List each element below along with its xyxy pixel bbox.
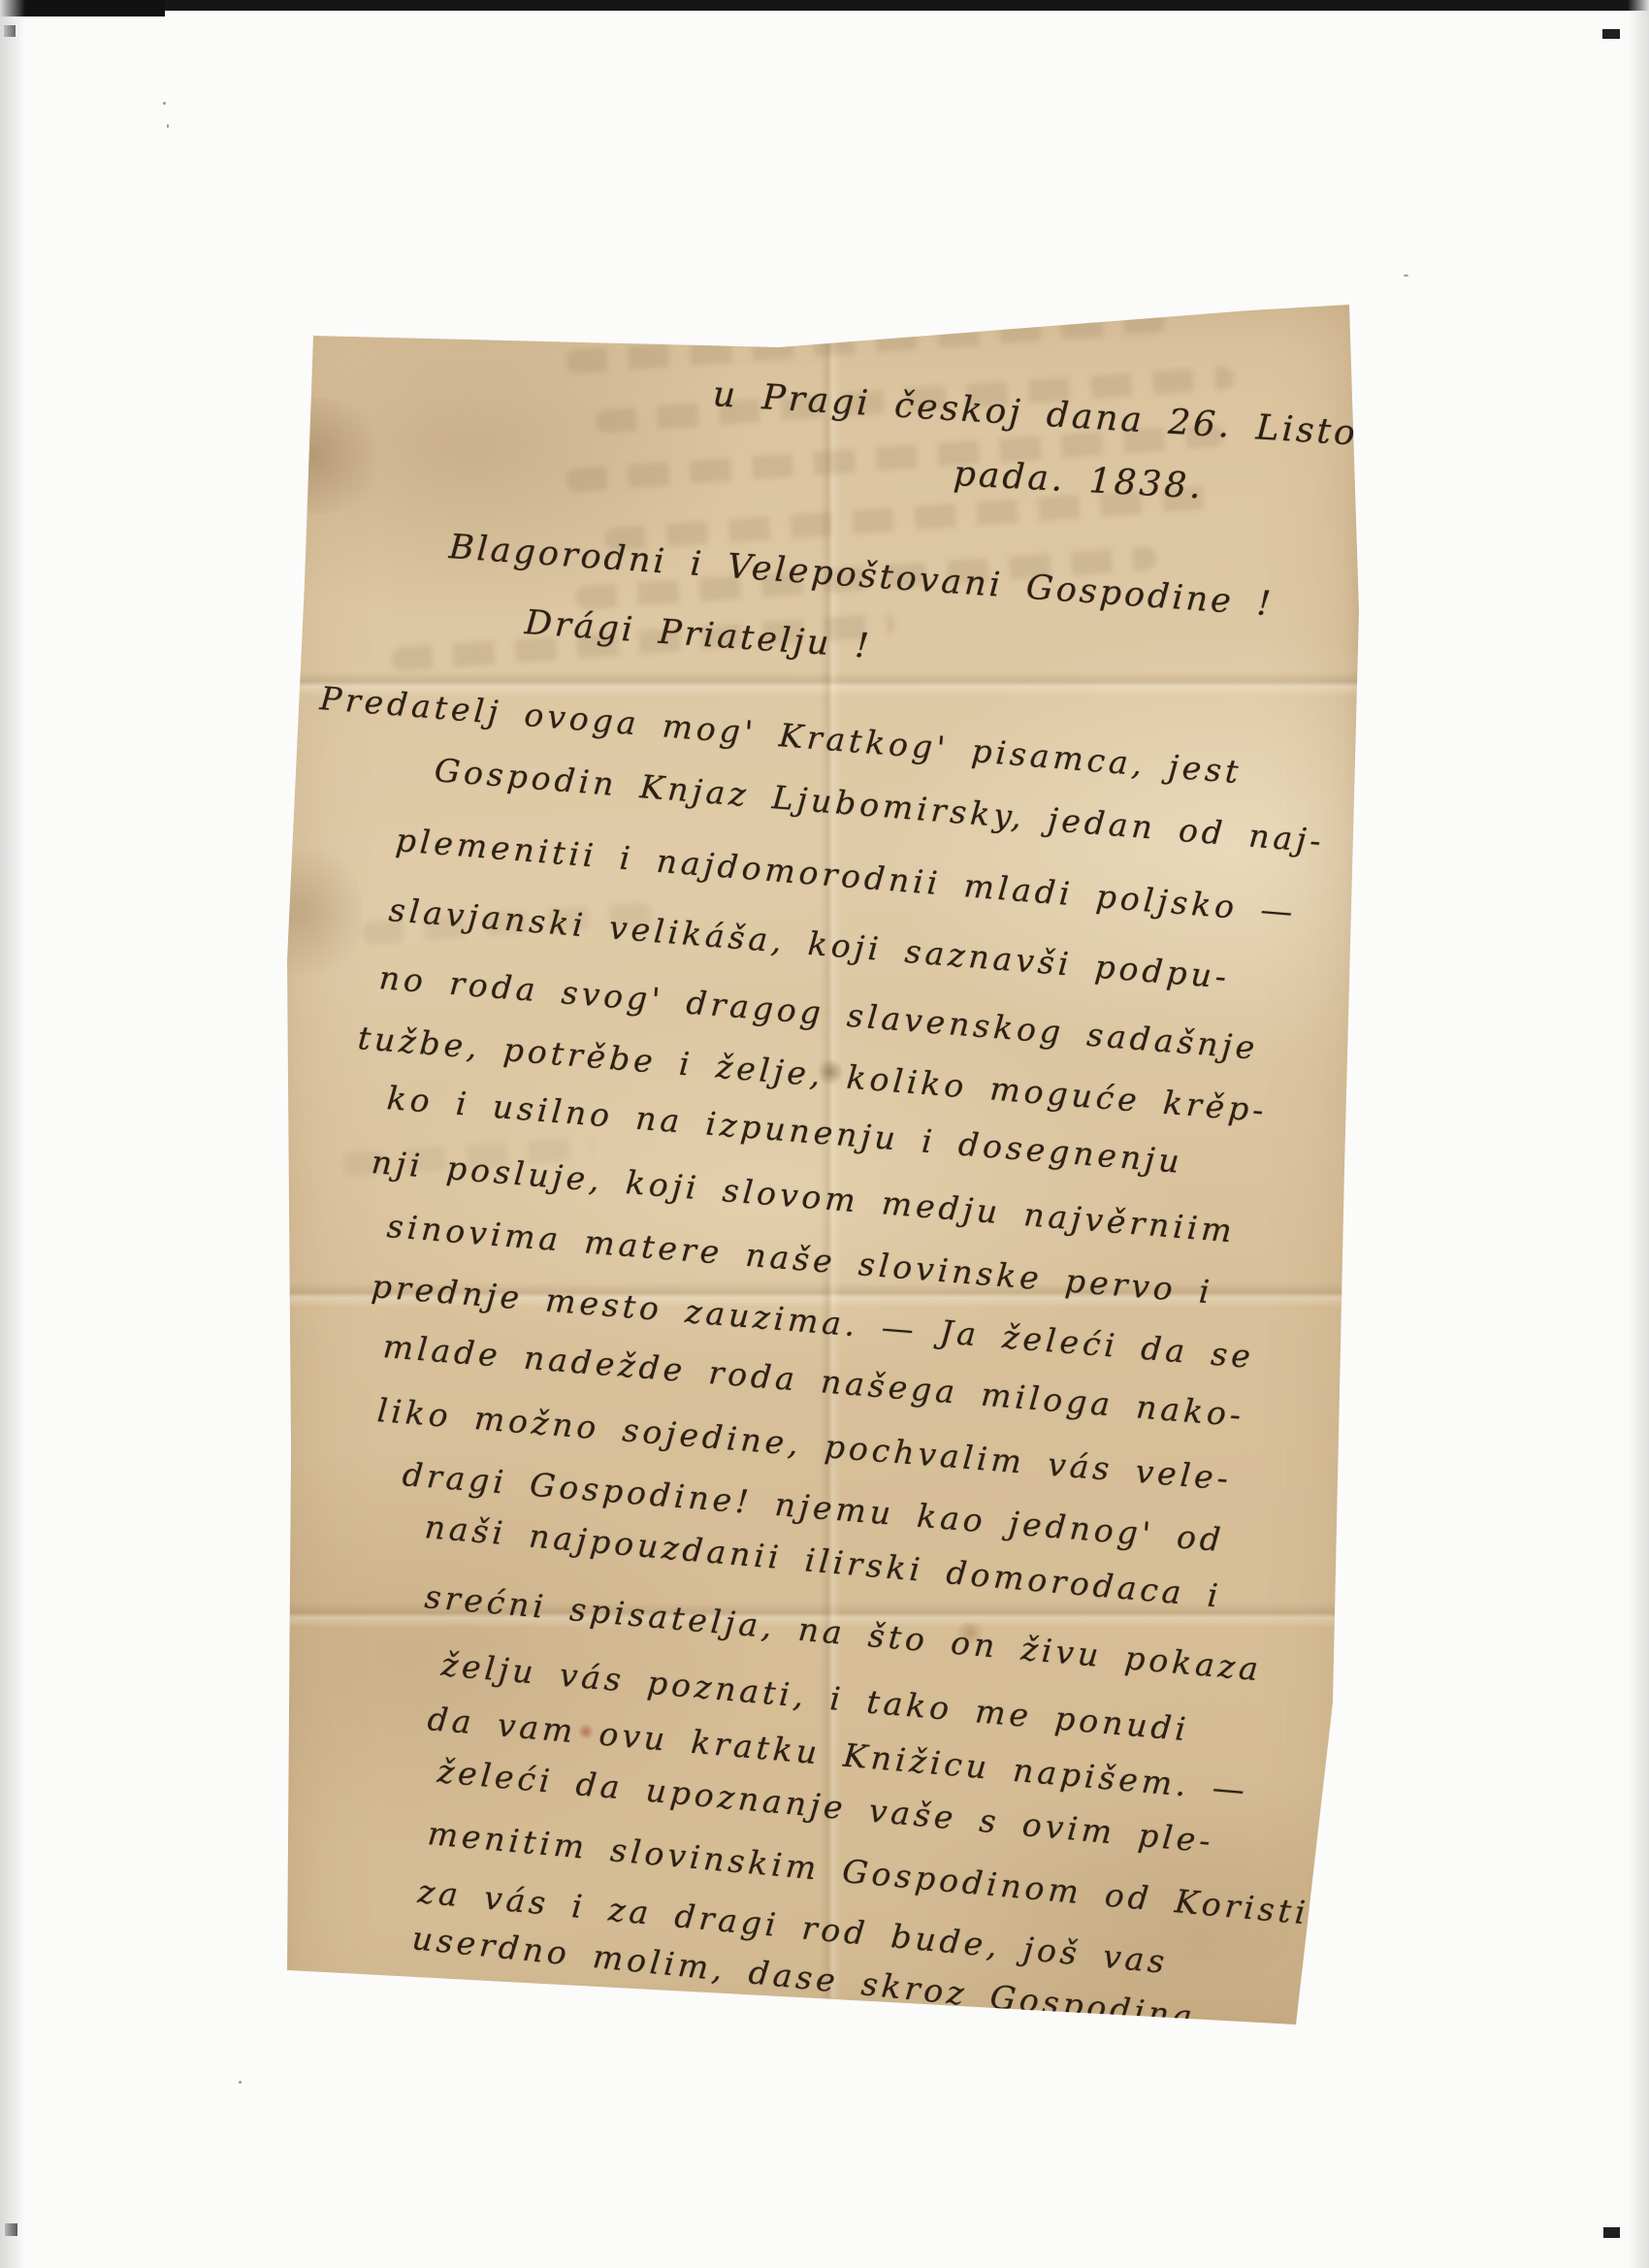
dust-speck: [167, 124, 169, 128]
scan-edge-shading: [0, 0, 25, 2268]
dust-speck: [1404, 275, 1408, 276]
scanner-edge-bar: [0, 0, 1649, 11]
dust-speck: [163, 102, 166, 105]
dust-speck: [239, 2081, 242, 2084]
scan-corner-mark: [1603, 2227, 1620, 2238]
scan-corner-mark: [1602, 29, 1620, 39]
letter-paper: u Pragi českoj dana 26. Listo- pada. 183…: [275, 291, 1363, 2035]
scan-edge-shading: [1628, 0, 1649, 2268]
scanned-letter-page: u Pragi českoj dana 26. Listo- pada. 183…: [0, 0, 1649, 2268]
